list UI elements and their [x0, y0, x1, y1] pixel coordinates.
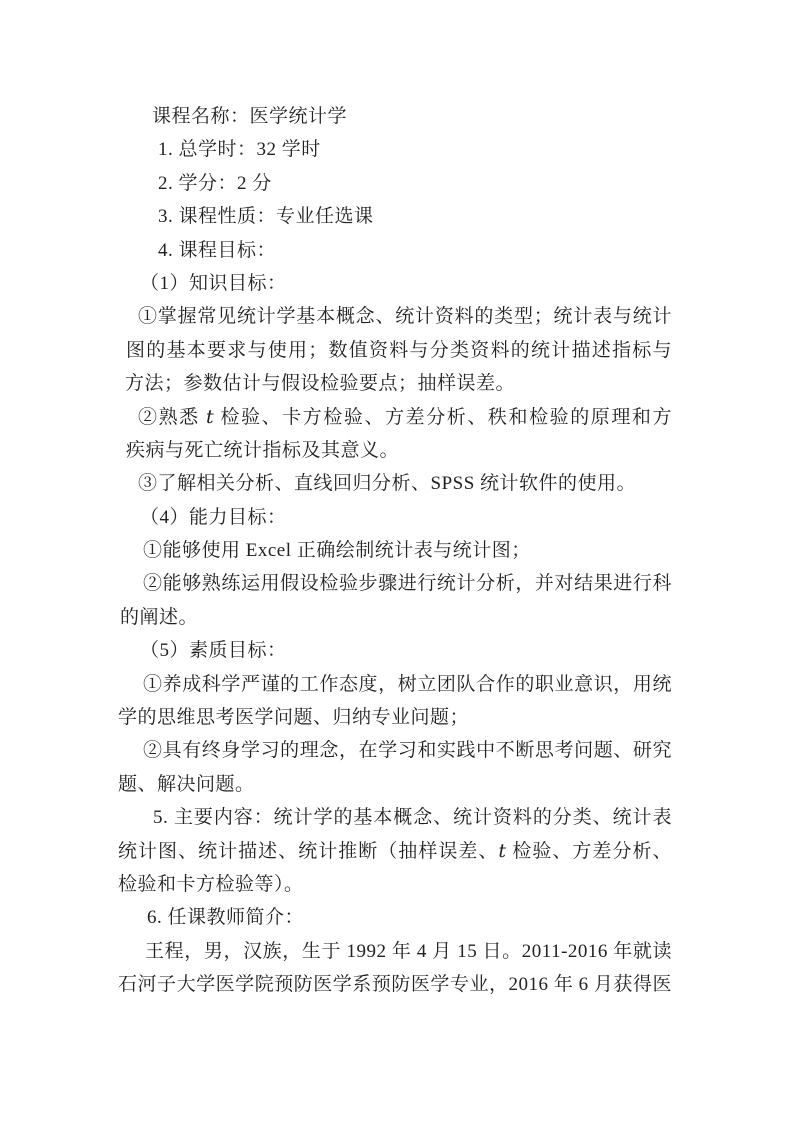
- text-segment: 4. 课程目标：: [158, 240, 276, 261]
- text-segment: 课程名称：医学统计学: [152, 106, 347, 127]
- text-segment: 疾病与死亡统计指标及其意义。: [126, 440, 399, 461]
- text-segment: 图的基本要求与使用；数值资料与分类资料的统计描述指标与: [126, 340, 672, 361]
- text-line: 6. 任课教师简介：: [118, 901, 672, 934]
- text-segment: ①掌握常见统计学基本概念、统计资料的类型；统计表与统计: [138, 306, 672, 327]
- text-line: ②具有终身学习的理念，在学习和实践中不断思考问题、研究问: [118, 734, 672, 767]
- text-line: 王程，男，汉族，生于 1992 年 4 月 15 日。2011-2016 年就读…: [118, 935, 672, 968]
- text-line: 检验和卡方检验等）。: [118, 868, 672, 901]
- text-segment: 的阐述。: [120, 607, 198, 628]
- text-line: ①能够使用 Excel 正确绘制统计表与统计图；: [118, 534, 672, 567]
- document-body: 课程名称：医学统计学1. 总学时：32 学时2. 学分：2 分3. 课程性质：专…: [118, 100, 672, 1002]
- text-segment: ③了解相关分析、直线回归分析、SPSS 统计软件的使用。: [138, 473, 636, 494]
- text-segment: 3. 课程性质：专业任选课: [158, 206, 374, 227]
- text-line: （1）知识目标：: [118, 267, 672, 300]
- text-line: 5. 主要内容：统计学的基本概念、统计资料的分类、统计表与: [118, 801, 672, 834]
- italic-variable-t: t: [206, 406, 214, 428]
- text-segment: ②能够熟练运用假设检验步骤进行统计分析，并对结果进行科学: [118, 573, 672, 600]
- text-line: ②能够熟练运用假设检验步骤进行统计分析，并对结果进行科学: [118, 567, 672, 600]
- text-segment: ②具有终身学习的理念，在学习和实践中不断思考问题、研究问: [118, 740, 672, 767]
- text-segment: 学的思维思考医学问题、归纳专业问题；: [118, 707, 469, 728]
- text-segment: 石河子大学医学院预防医学系预防医学专业，2016 年 6 月获得医学: [118, 974, 672, 1001]
- text-line: 方法；参数估计与假设检验要点；抽样误差。: [118, 367, 672, 400]
- document-page: 课程名称：医学统计学1. 总学时：32 学时2. 学分：2 分3. 课程性质：专…: [0, 0, 793, 1122]
- text-segment: ①养成科学严谨的工作态度，树立团队合作的职业意识，用统计: [118, 674, 672, 701]
- text-line: 统计图、统计描述、统计推断（抽样误差、t 检验、方差分析、秩和: [118, 835, 672, 868]
- text-line: 石河子大学医学院预防医学系预防医学专业，2016 年 6 月获得医学: [118, 968, 672, 1001]
- text-line: 3. 课程性质：专业任选课: [118, 200, 672, 233]
- text-line: 的阐述。: [118, 601, 672, 634]
- text-line: 4. 课程目标：: [118, 234, 672, 267]
- text-line: 2. 学分：2 分: [118, 167, 672, 200]
- text-line: 图的基本要求与使用；数值资料与分类资料的统计描述指标与: [118, 334, 672, 367]
- text-segment: 统计图、统计描述、统计推断（抽样误差、: [118, 841, 498, 862]
- text-line: 题、解决问题。: [118, 768, 672, 801]
- text-segment: 5. 主要内容：统计学的基本概念、统计资料的分类、统计表与: [118, 807, 672, 834]
- text-line: （5）素质目标：: [118, 634, 672, 667]
- text-line: ①掌握常见统计学基本概念、统计资料的类型；统计表与统计: [118, 300, 672, 333]
- text-segment: 6. 任课教师简介：: [147, 907, 304, 928]
- text-segment: （4）能力目标：: [140, 507, 287, 528]
- text-segment: （1）知识目标：: [140, 273, 287, 294]
- text-line: ③了解相关分析、直线回归分析、SPSS 统计软件的使用。: [118, 467, 672, 500]
- text-segment: 1. 总学时：32 学时: [158, 139, 321, 160]
- text-segment: 方法；参数估计与假设检验要点；抽样误差。: [125, 373, 515, 394]
- text-segment: 题、解决问题。: [118, 774, 255, 795]
- text-line: ①养成科学严谨的工作态度，树立团队合作的职业意识，用统计: [118, 668, 672, 701]
- text-line: （4）能力目标：: [118, 501, 672, 534]
- text-segment: ①能够使用 Excel 正确绘制统计表与统计图；: [143, 540, 531, 561]
- italic-variable-t: t: [498, 840, 506, 862]
- text-line: 课程名称：医学统计学: [118, 100, 672, 133]
- text-line: 疾病与死亡统计指标及其意义。: [118, 434, 672, 467]
- text-segment: 王程，男，汉族，生于 1992 年 4 月 15 日。2011-2016 年就读…: [118, 941, 672, 968]
- text-segment: ②熟悉: [138, 407, 206, 428]
- text-segment: 检验和卡方检验等）。: [118, 874, 304, 895]
- text-line: 学的思维思考医学问题、归纳专业问题；: [118, 701, 672, 734]
- text-line: 1. 总学时：32 学时: [118, 133, 672, 166]
- text-line: ②熟悉 t 检验、卡方检验、方差分析、秩和检验的原理和方法；: [118, 401, 672, 434]
- text-segment: 2. 学分：2 分: [158, 173, 272, 194]
- text-segment: （5）素质目标：: [140, 640, 287, 661]
